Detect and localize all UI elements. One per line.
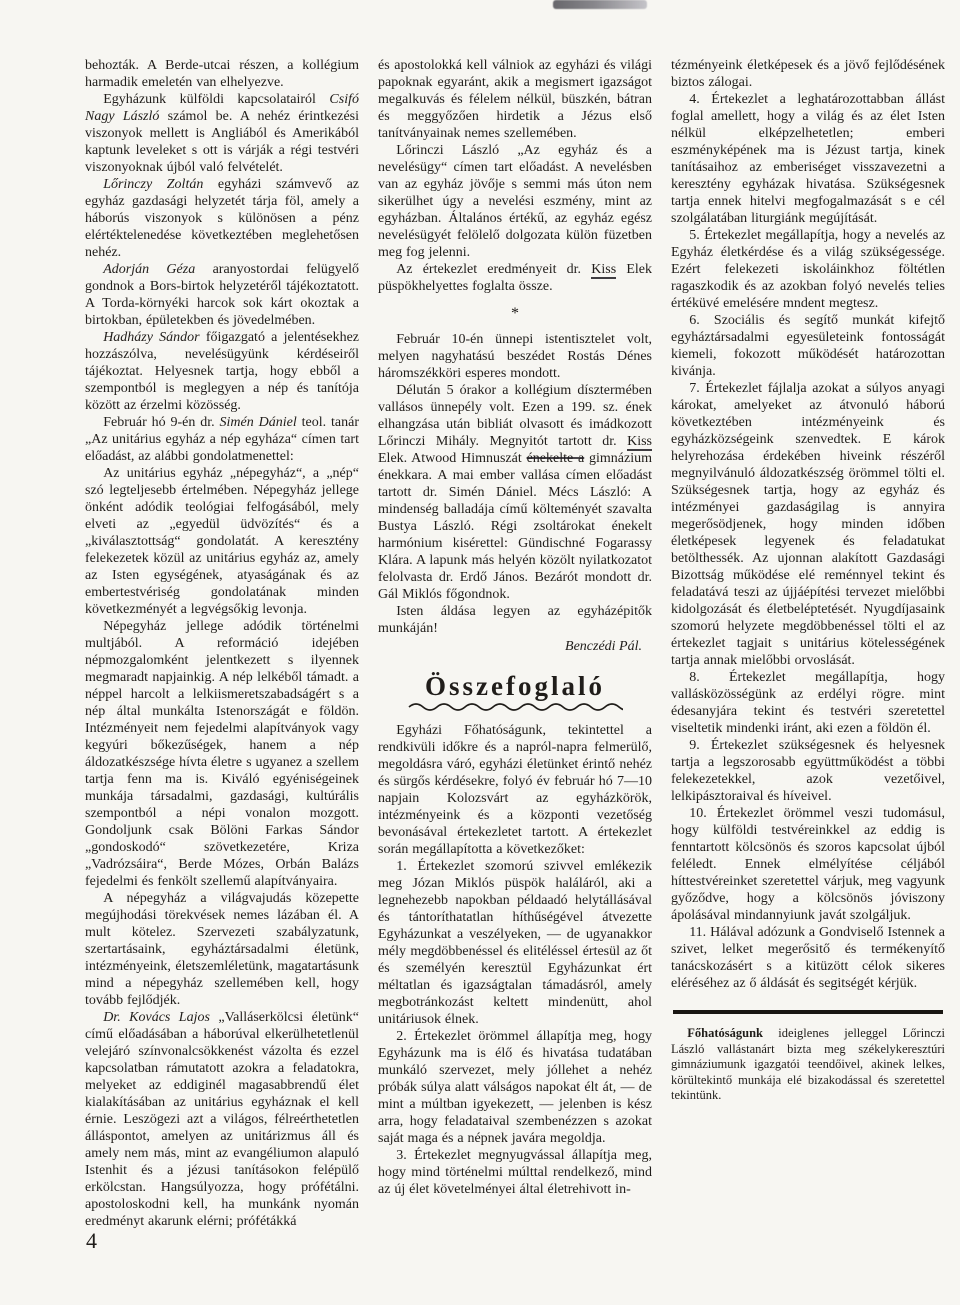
paragraph: 8. Értekezlet megállapítja, hogy vallásk…: [671, 669, 945, 737]
text-run: Isten áldása legyen az egyházépitők munk…: [378, 604, 652, 636]
text-run: és apostolokká kell válniok az egyházi é…: [378, 58, 652, 141]
section-heading-text: Összefoglaló: [378, 671, 652, 701]
section-separator-star: *: [378, 305, 652, 323]
text-run: 4. Értekezlet a leghatározottabban állás…: [671, 92, 945, 226]
text-run: Február 10-én ünnepi istentisztelet volt…: [378, 332, 652, 381]
section-heading: Összefoglaló: [378, 671, 652, 712]
paragraph: Délután 5 órakor a kollégium dísztermébe…: [378, 382, 652, 603]
text-run: Népegyház jellege adódik történelmi mult…: [85, 619, 359, 889]
paragraph: 7. Értekezlet fájlalja azokat a súlyos a…: [671, 380, 945, 669]
column-middle: és apostolokká kell válniok az egyházi é…: [378, 57, 652, 1198]
paragraph: Egyházunk külföldi kapcsolatairól Csifó …: [85, 91, 359, 176]
paragraph: A népegyház a világvajudás közepette meg…: [85, 890, 359, 1009]
text-run: 3. Értekezlet megnyugvással állapítja me…: [378, 1148, 652, 1197]
pen-underline-mark: Kiss: [591, 262, 616, 279]
text-run: 5. Értekezlet megállapítja, hogy a nevel…: [671, 228, 945, 311]
text-run: 2. Értekezlet örömmel állapítja meg, hog…: [378, 1029, 652, 1146]
text-run: Február hó 9-én dr.: [103, 415, 219, 430]
paragraph: Lőrinczy Zoltán egyházi számvevő az egyh…: [85, 176, 359, 261]
paragraph: Egyházi Főhatóságunk, tekintettel a rend…: [378, 722, 652, 858]
text-run: 6. Szociális és segítő munkát kifejtő eg…: [671, 313, 945, 379]
horizontal-rule: [673, 1010, 943, 1014]
column-left: behozták. A Berde-utcai részen, a kollég…: [85, 57, 359, 1230]
pen-underline-mark: Kiss: [627, 434, 652, 451]
paragraph: Lőrinczi László „Az egyház és a nevelésü…: [378, 142, 652, 261]
notice-paragraph: Főhatóságunk ideiglenes jelleggel Lőrinc…: [671, 1026, 945, 1104]
paragraph: Dr. Kovács Lajos „Valláserkölcsi életünk…: [85, 1009, 359, 1230]
columns: behozták. A Berde-utcai részen, a kollég…: [85, 57, 945, 1230]
italic-name: Adorján Géza: [103, 262, 195, 277]
page: behozták. A Berde-utcai részen, a kollég…: [0, 0, 960, 1305]
italic-name: Hadházy Sándor: [103, 330, 199, 345]
text-run: „Valláserkölcsi életünk“ című előadásába…: [85, 1010, 359, 1229]
paragraph: 10. Értekezlet örömmel veszi tudomásul, …: [671, 805, 945, 924]
text-run: 1. Értekezlet szomorú szivvel emlékezik …: [378, 859, 652, 1027]
text-run: tézményeink életképesek és a jövő fejlőd…: [671, 58, 945, 90]
text-run: Egyházi Főhatóságunk, tekintettel a rend…: [378, 723, 652, 857]
text-run: 10. Értekezlet örömmel veszi tudomásul, …: [671, 806, 945, 923]
paragraph: 5. Értekezlet megállapítja, hogy a nevel…: [671, 227, 945, 312]
scan-smudge-artifact: [553, 0, 647, 9]
text-run: 9. Értekezlet szükségesnek és helyesnek …: [671, 738, 945, 804]
paragraph: Az unitárius egyház „népegyház“, a „nép“…: [85, 465, 359, 618]
signature-name: Benczédi Pál.: [565, 639, 642, 654]
paragraph: 2. Értekezlet örömmel állapítja meg, hog…: [378, 1028, 652, 1147]
text-run: 8. Értekezlet megállapítja, hogy vallásk…: [671, 670, 945, 736]
paragraph: 1. Értekezlet szomorú szivvel emlékezik …: [378, 858, 652, 1028]
text-run: A népegyház a világvajudás közepette meg…: [85, 891, 359, 1008]
text-run: Az értekezlet eredményeit dr.: [396, 262, 591, 277]
column-right: tézményeink életképesek és a jövő fejlőd…: [671, 57, 945, 1104]
paragraph: Adorján Géza aranyostordai felügyelő gon…: [85, 261, 359, 329]
paragraph: 3. Értekezlet megnyugvással állapítja me…: [378, 1147, 652, 1198]
paragraph: 11. Hálával adózunk a Gondviselő Istenne…: [671, 924, 945, 992]
paragraph: tézményeink életképesek és a jövő fejlőd…: [671, 57, 945, 91]
text-run: 11. Hálával adózunk a Gondviselő Istenne…: [671, 925, 945, 991]
paragraph: Hadházy Sándor főigazgató a jelentésekhe…: [85, 329, 359, 414]
paragraph: és apostolokká kell válniok az egyházi é…: [378, 57, 652, 142]
text-run: behozták. A Berde-utcai részen, a kollég…: [85, 58, 359, 90]
paragraph: 4. Értekezlet a leghatározottabban állás…: [671, 91, 945, 227]
paragraph: Február 10-én ünnepi istentisztelet volt…: [378, 331, 652, 382]
paragraph: behozták. A Berde-utcai részen, a kollég…: [85, 57, 359, 91]
pen-strike-mark: énekelte a: [527, 451, 585, 466]
text-run: gimnázium énekkara. A mai ember vallása …: [378, 451, 652, 602]
text-run: 7. Értekezlet fájlalja azokat a súlyos a…: [671, 381, 945, 668]
bold-lead-word: Főhatóságunk: [687, 1026, 763, 1040]
text-run: Az unitárius egyház „népegyház“, a „nép“…: [85, 466, 359, 617]
text-run: Elek. Atwood Himnuszát: [378, 451, 527, 466]
page-number: 4: [86, 1228, 97, 1254]
paragraph: 9. Értekezlet szükségesnek és helyesnek …: [671, 737, 945, 805]
paragraph: Az értekezlet eredményeit dr. Kiss Elek …: [378, 261, 652, 295]
heading-underline-wave-icon: [407, 702, 623, 712]
paragraph: Népegyház jellege adódik történelmi mult…: [85, 618, 359, 890]
paragraph: Február hó 9-én dr. Simén Dániel teol. t…: [85, 414, 359, 465]
italic-name: Dr. Kovács Lajos: [103, 1010, 210, 1025]
italic-name: Simén Dániel: [220, 415, 297, 430]
text-run: Egyházunk külföldi kapcsolatairól: [103, 92, 329, 107]
signature: Benczédi Pál.: [378, 639, 652, 655]
text-run: Délután 5 órakor a kollégium dísztermébe…: [378, 383, 652, 449]
text-run: Lőrinczi László „Az egyház és a nevelésü…: [378, 143, 652, 260]
italic-name: Lőrinczy Zoltán: [103, 177, 203, 192]
paragraph: Isten áldása legyen az egyházépitők munk…: [378, 603, 652, 637]
paragraph: 6. Szociális és segítő munkát kifejtő eg…: [671, 312, 945, 380]
